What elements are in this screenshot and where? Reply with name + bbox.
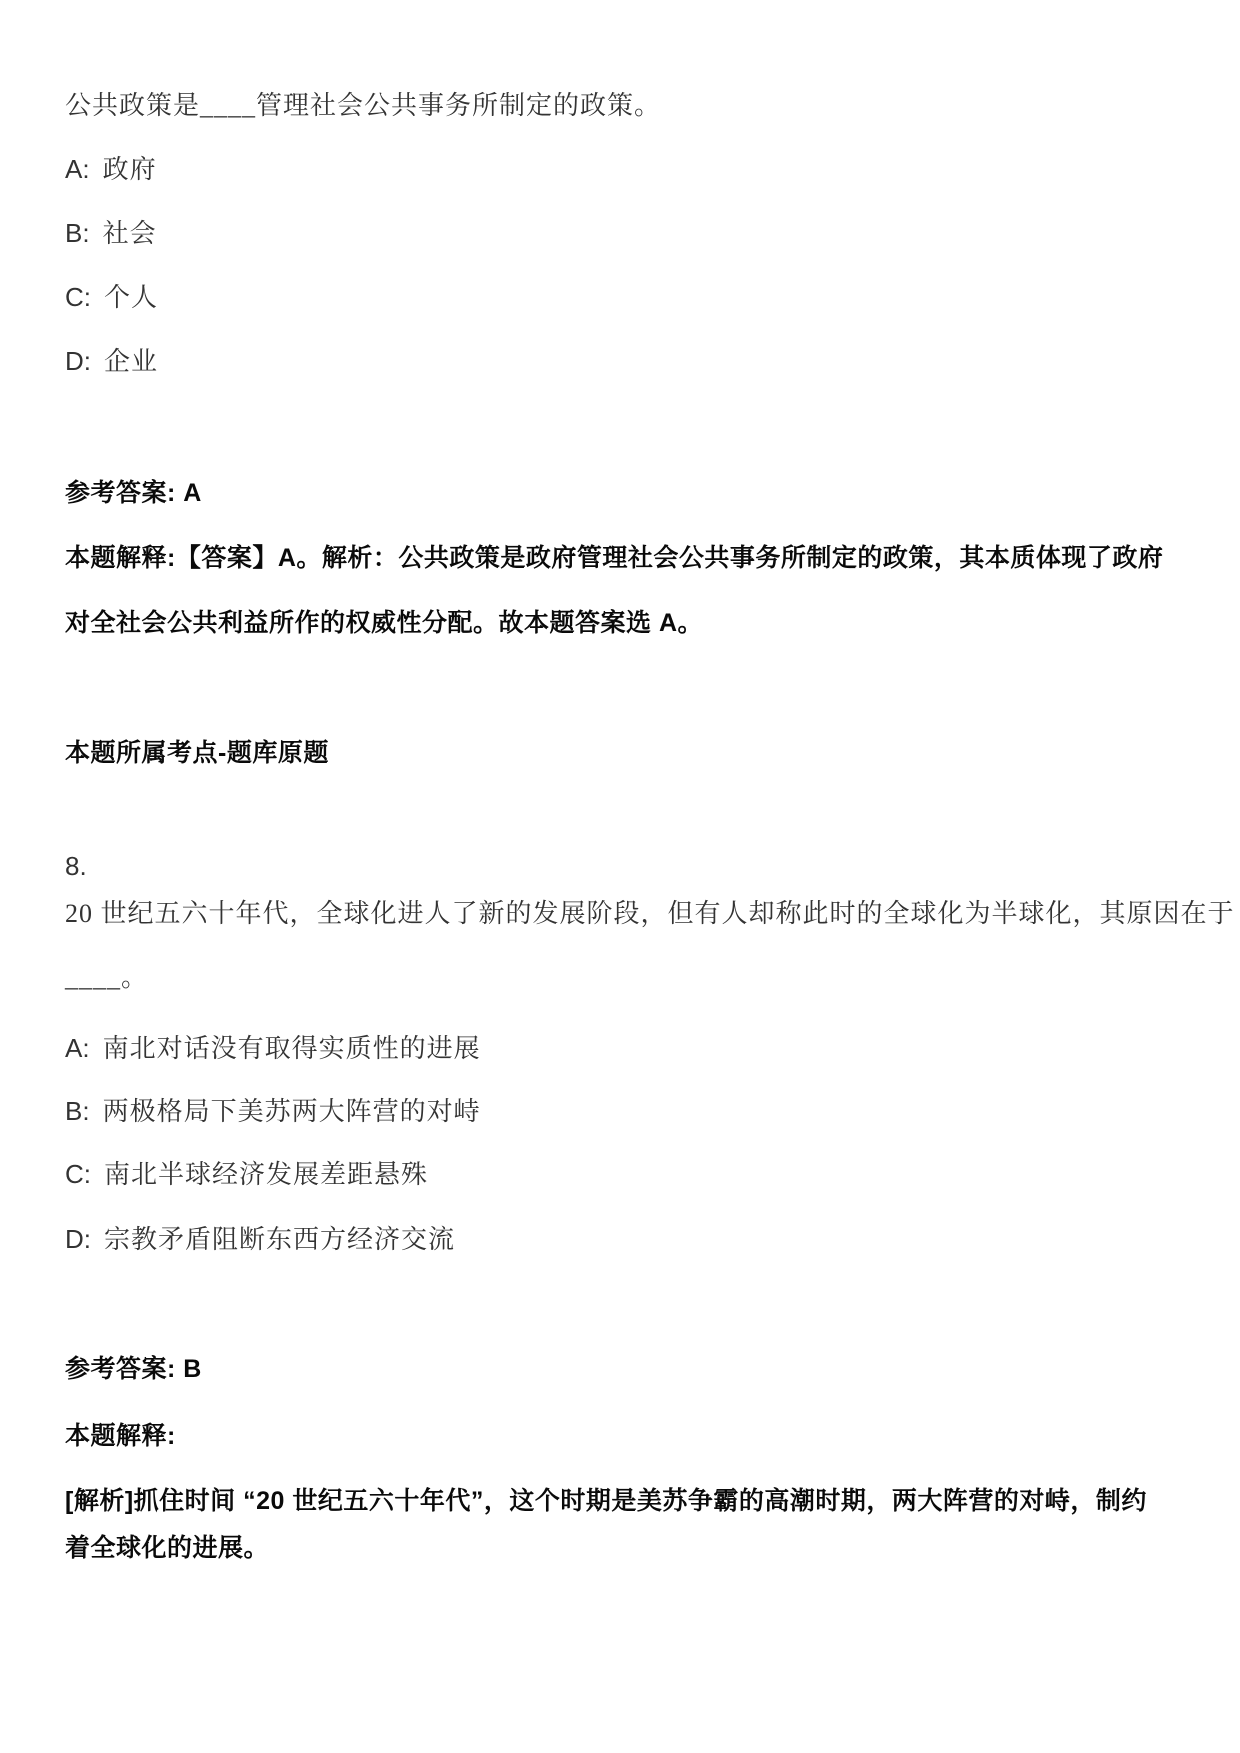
q8-option-b: B:两极格局下美苏两大阵营的对峙 — [65, 1098, 481, 1125]
q7-answer: 参考答案: A — [65, 480, 202, 506]
q7-option-a-label: A: — [65, 154, 90, 184]
q7-option-b-text: 社会 — [103, 219, 157, 248]
q7-option-b-label: B: — [65, 218, 90, 248]
q7-option-d: D:企业 — [65, 348, 158, 375]
q8-option-d-text: 宗教矛盾阻断东西方经济交流 — [104, 1225, 455, 1254]
q8-explanation-line1: [解析]抓住时间 “20 世纪五六十年代”，这个时期是美苏争霸的高潮时期，两大阵… — [65, 1488, 1147, 1514]
q7-option-d-label: D: — [65, 346, 91, 376]
q8-option-a-text: 南北对话没有取得实质性的进展 — [103, 1034, 481, 1063]
q8-option-b-text: 两极格局下美苏两大阵营的对峙 — [103, 1097, 481, 1126]
q7-option-c-text: 个人 — [104, 283, 158, 312]
q8-option-b-label: B: — [65, 1096, 90, 1126]
q7-option-c-label: C: — [65, 282, 91, 312]
q7-explanation-line2: 对全社会公共利益所作的权威性分配。故本题答案选 A。 — [65, 610, 703, 636]
q8-explanation-heading: 本题解释: — [65, 1423, 176, 1449]
q7-option-c: C:个人 — [65, 284, 158, 311]
q8-option-c-label: C: — [65, 1159, 91, 1189]
q7-option-a: A:政府 — [65, 156, 157, 183]
q8-option-a: A:南北对话没有取得实质性的进展 — [65, 1035, 481, 1062]
q8-option-c-text: 南北半球经济发展差距悬殊 — [104, 1160, 428, 1189]
q8-option-c: C:南北半球经济发展差距悬殊 — [65, 1161, 428, 1188]
q8-stem-line2: ____。 — [65, 965, 148, 991]
q8-explanation-line2: 着全球化的进展。 — [65, 1535, 269, 1561]
q7-option-b: B:社会 — [65, 220, 157, 247]
q7-stem: 公共政策是____管理社会公共事务所制定的政策。 — [65, 93, 661, 119]
q8-option-d-label: D: — [65, 1224, 91, 1254]
q8-stem-line1: 20 世纪五六十年代，全球化进人了新的发展阶段，但有人却称此时的全球化为半球化，… — [65, 901, 1235, 927]
q7-section-footer: 本题所属考点-题库原题 — [65, 740, 329, 766]
q8-option-a-label: A: — [65, 1033, 90, 1063]
q7-option-a-text: 政府 — [103, 155, 157, 184]
q8-answer: 参考答案: B — [65, 1356, 202, 1382]
q8-number: 8. — [65, 853, 87, 879]
q7-explanation-line1: 本题解释:【答案】A。解析：公共政策是政府管理社会公共事务所制定的政策，其本质体… — [65, 545, 1163, 571]
q7-option-d-text: 企业 — [104, 347, 158, 376]
q8-option-d: D:宗教矛盾阻断东西方经济交流 — [65, 1226, 455, 1253]
exam-document-page: 公共政策是____管理社会公共事务所制定的政策。 A:政府 B:社会 C:个人 … — [0, 0, 1240, 1753]
